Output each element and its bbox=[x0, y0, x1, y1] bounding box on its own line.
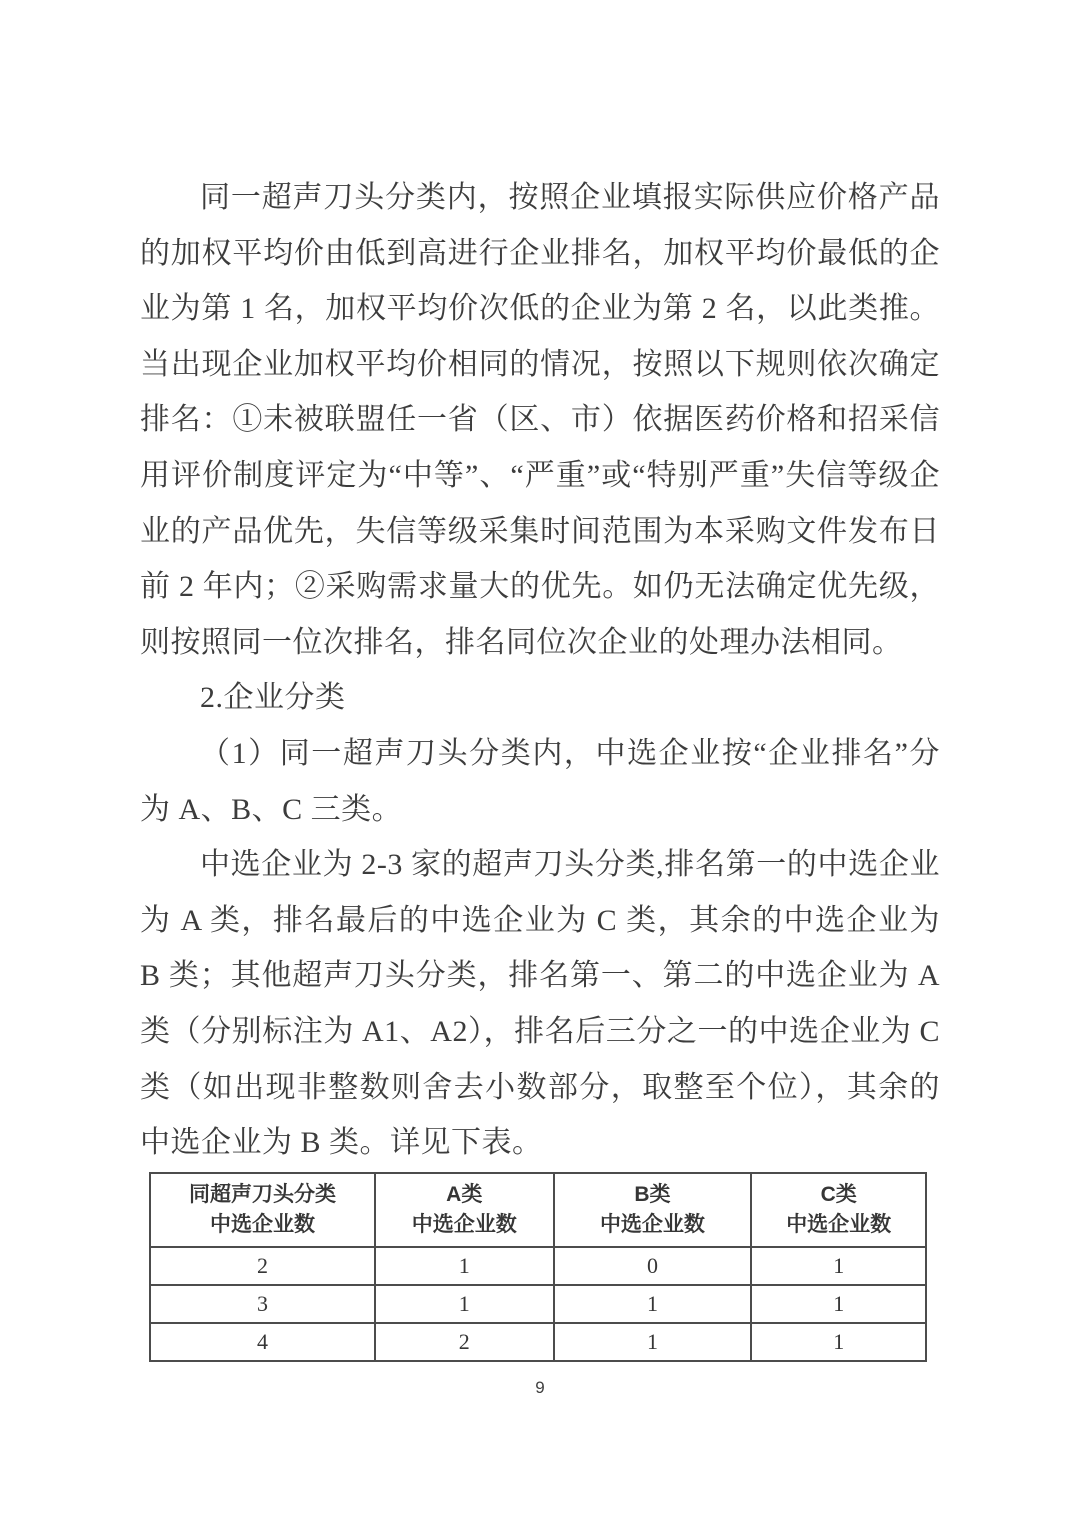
table-header-row: 同超声刀头分类 中选企业数 A类 中选企业数 B类 中选企业数 C类 中选企业数 bbox=[150, 1173, 926, 1247]
classification-table-container: 同超声刀头分类 中选企业数 A类 中选企业数 B类 中选企业数 C类 中选企业数 bbox=[149, 1172, 927, 1362]
header-line2: 中选企业数 bbox=[555, 1210, 751, 1240]
header-line2: 中选企业数 bbox=[752, 1210, 925, 1240]
table-row: 4 2 1 1 bbox=[150, 1323, 926, 1361]
cell-total: 2 bbox=[150, 1247, 375, 1285]
header-line2: 中选企业数 bbox=[376, 1210, 552, 1240]
header-line1: 同超声刀头分类 bbox=[151, 1180, 374, 1210]
header-line1: B类 bbox=[555, 1180, 751, 1210]
classification-table: 同超声刀头分类 中选企业数 A类 中选企业数 B类 中选企业数 C类 中选企业数 bbox=[149, 1172, 927, 1362]
paragraph-ranking-rules: 同一超声刀头分类内，按照企业填报实际供应价格产品的加权平均价由低到高进行企业排名… bbox=[140, 170, 940, 670]
header-class-c-count: C类 中选企业数 bbox=[751, 1173, 926, 1247]
cell-total: 4 bbox=[150, 1323, 375, 1361]
header-line1: C类 bbox=[752, 1180, 925, 1210]
document-body: 同一超声刀头分类内，按照企业填报实际供应价格产品的加权平均价由低到高进行企业排名… bbox=[140, 170, 940, 1171]
paragraph-classification-rules: 中选企业为 2-3 家的超声刀头分类,排名第一的中选企业为 A 类，排名最后的中… bbox=[140, 837, 940, 1171]
cell-class-b: 1 bbox=[554, 1323, 752, 1361]
page-number: 9 bbox=[0, 1378, 1080, 1398]
paragraph-classification-intro: （1）同一超声刀头分类内，中选企业按“企业排名”分为 A、B、C 三类。 bbox=[140, 726, 940, 837]
document-page: 同一超声刀头分类内，按照企业填报实际供应价格产品的加权平均价由低到高进行企业排名… bbox=[0, 0, 1080, 1535]
cell-class-a: 1 bbox=[375, 1285, 553, 1323]
table-row: 2 1 0 1 bbox=[150, 1247, 926, 1285]
header-line1: A类 bbox=[376, 1180, 552, 1210]
header-class-a-count: A类 中选企业数 bbox=[375, 1173, 553, 1247]
cell-total: 3 bbox=[150, 1285, 375, 1323]
cell-class-a: 2 bbox=[375, 1323, 553, 1361]
heading-enterprise-classification: 2.企业分类 bbox=[140, 670, 940, 726]
header-line2: 中选企业数 bbox=[151, 1210, 374, 1240]
cell-class-a: 1 bbox=[375, 1247, 553, 1285]
header-same-class-selected-count: 同超声刀头分类 中选企业数 bbox=[150, 1173, 375, 1247]
cell-class-b: 0 bbox=[554, 1247, 752, 1285]
cell-class-c: 1 bbox=[751, 1285, 926, 1323]
header-class-b-count: B类 中选企业数 bbox=[554, 1173, 752, 1247]
cell-class-c: 1 bbox=[751, 1247, 926, 1285]
cell-class-b: 1 bbox=[554, 1285, 752, 1323]
table-row: 3 1 1 1 bbox=[150, 1285, 926, 1323]
cell-class-c: 1 bbox=[751, 1323, 926, 1361]
